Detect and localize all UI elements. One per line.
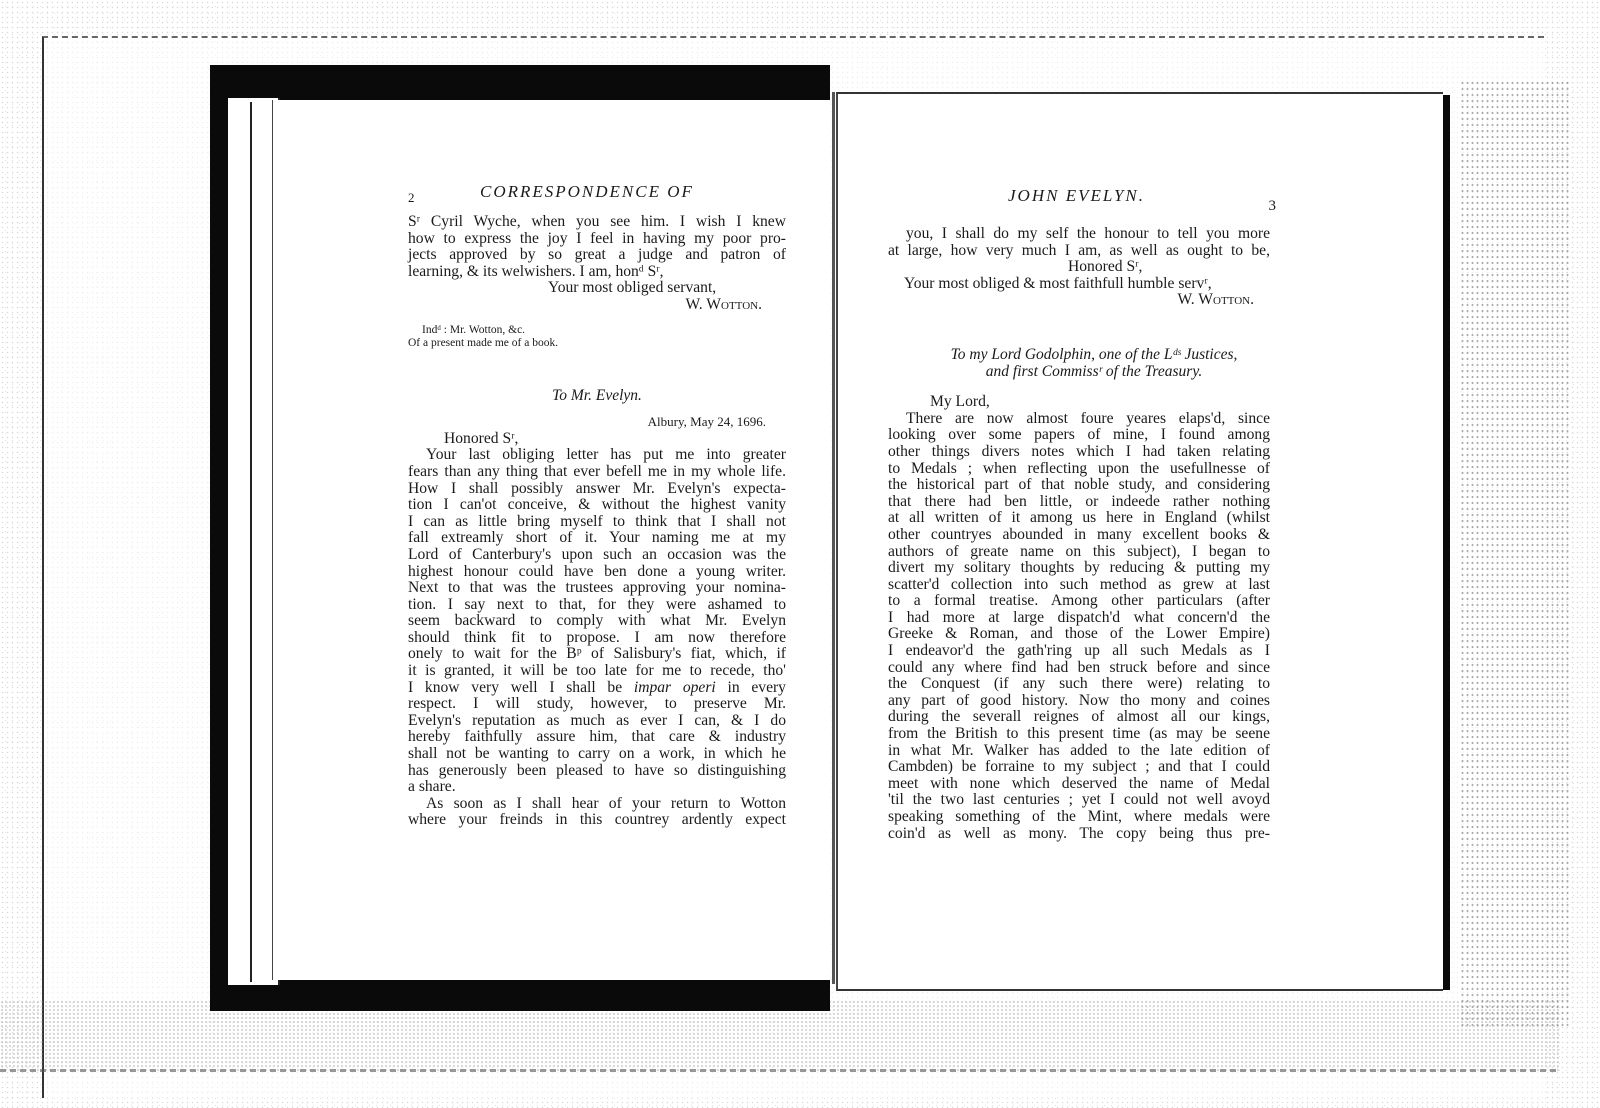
page-number-right: 3	[1269, 198, 1277, 215]
body-line: There are now almost foure yeares elaps'…	[888, 411, 1270, 428]
left-page-text: 2 CORRESPONDENCE OF Sʳ Cyril Wyche, when…	[408, 184, 786, 829]
body-line: Next to that was the trustees approving …	[408, 580, 786, 597]
body-line: other things divers notes which I had ta…	[888, 444, 1270, 461]
body-line: where your freinds in this countrey arde…	[408, 812, 786, 829]
body-line: onely to wait for the Bᵖ of Salisbury's …	[408, 646, 786, 663]
body-line: divert my solitary thoughts by reducing …	[888, 560, 1270, 577]
body-line: seem backward to comply with what Mr. Ev…	[408, 613, 786, 630]
body-line: the Conquest (if any such there were) re…	[888, 676, 1270, 693]
body-line: speaking something of the Mint, where me…	[888, 809, 1270, 826]
running-head-title: JOHN EVELYN.	[1008, 188, 1145, 205]
right-page-text: JOHN EVELYN. 3 you, I shall do my self t…	[888, 184, 1270, 842]
body-line: As soon as I shall hear of your return t…	[408, 796, 786, 813]
salutation: My Lord,	[888, 394, 1270, 411]
letter-heading-line: and first Commissʳ of the Treasury.	[888, 364, 1270, 381]
letter-heading-line: To my Lord Godolphin, one of the Lᵈˢ Jus…	[888, 347, 1270, 364]
endorsement-line: Indᵈ : Mr. Wotton, &c.	[408, 324, 786, 337]
running-head-title: CORRESPONDENCE OF	[480, 184, 694, 201]
body-line: shall not be wanting to carry on a work,…	[408, 746, 786, 763]
right-board-texture	[1460, 80, 1570, 1030]
dateline: Albury, May 24, 1696.	[408, 414, 786, 431]
body-line: Lord of Canterbury's upon such an occasi…	[408, 547, 786, 564]
body-line: authors of greate name on this subject),…	[888, 544, 1270, 561]
text-line: Sʳ Cyril Wyche, when you see him. I wish…	[408, 214, 786, 231]
body-line: hereby faithfully assure him, that care …	[408, 729, 786, 746]
body-line: coin'd as well as mony. The copy being t…	[888, 826, 1270, 843]
body-line: looking over some papers of mine, I foun…	[888, 427, 1270, 444]
body-line-with-italic: I know very well I shall be impar operi …	[408, 680, 786, 697]
text-line: at large, how very much I am, as well as…	[888, 243, 1270, 260]
endorsement-line: Of a present made me of a book.	[408, 337, 786, 350]
body-line: could any where find had ben struck befo…	[888, 660, 1270, 677]
body-line: other countryes abounded in many excelle…	[888, 527, 1270, 544]
page-number-left: 2	[408, 190, 415, 207]
body-line: that there had ben little, or indeede ra…	[888, 494, 1270, 511]
body-line: scatter'd collection into such method as…	[888, 577, 1270, 594]
text-line: how to express the joy I feel in having …	[408, 231, 786, 248]
body-line: How I shall possibly answer Mr. Evelyn's…	[408, 481, 786, 498]
body-line: during the severall reignes of almost al…	[888, 709, 1270, 726]
letter-heading: To Mr. Evelyn.	[408, 388, 786, 405]
left-running-head: 2 CORRESPONDENCE OF	[408, 184, 786, 214]
body-line: has generously been pleased to have so d…	[408, 763, 786, 780]
body-line: in what Mr. Walker has added to the late…	[888, 743, 1270, 760]
body-line: the historical part of that noble study,…	[888, 477, 1270, 494]
closing: Your most obliged servant,	[408, 280, 786, 297]
body-line: Cambden) be forraine to my subject ; and…	[888, 759, 1270, 776]
body-line: Your last obliging letter has put me int…	[408, 447, 786, 464]
body-line: I endeavor'd the gath'ring up all such M…	[888, 643, 1270, 660]
body-line: at all written of it among us here in En…	[888, 510, 1270, 527]
text-fragment: in every	[716, 679, 786, 696]
body-line: to a formal treatise. Among other partic…	[888, 593, 1270, 610]
body-line: tion I can'ot conceive, & without the hi…	[408, 497, 786, 514]
body-line: respect. I will study, however, to prese…	[408, 696, 786, 713]
body-line: Evelyn's reputation as much as ever I ca…	[408, 713, 786, 730]
body-line: to Medals ; when reflecting upon the use…	[888, 461, 1270, 478]
body-line: fears than any thing that ever befell me…	[408, 464, 786, 481]
text-fragment: I know very well I shall be	[408, 679, 634, 696]
salutation: Honored Sʳ,	[408, 431, 786, 448]
body-line: Greeke & Roman, and those of the Lower E…	[888, 626, 1270, 643]
body-line: from the British to this present time (a…	[888, 726, 1270, 743]
body-line: I had more at large dispatch'd what conc…	[888, 610, 1270, 627]
book-spine-gutter	[832, 92, 835, 984]
italic-phrase: impar operi	[634, 679, 716, 696]
signature: W. Wotton.	[888, 292, 1270, 309]
body-line: meet with none which deserved the name o…	[888, 776, 1270, 793]
body-line: highest honour could have ben done a you…	[408, 564, 786, 581]
body-line: fall extreamly short of it. Your naming …	[408, 530, 786, 547]
text-line: learning, & its welwishers. I am, honᵈ S…	[408, 264, 786, 281]
body-line: I can as little bring myself to think th…	[408, 514, 786, 531]
body-line: it is granted, it will be too late for m…	[408, 663, 786, 680]
signature: W. Wotton.	[408, 297, 786, 314]
address: Honored Sʳ,	[888, 259, 1270, 276]
body-line: should think fit to propose. I am now th…	[408, 630, 786, 647]
closing: Your most obliged & most faithfull humbl…	[888, 276, 1270, 293]
body-line: 'til the two last centuries ; yet I coul…	[888, 792, 1270, 809]
right-running-head: JOHN EVELYN. 3	[888, 184, 1270, 214]
text-line: you, I shall do my self the honour to te…	[888, 226, 1270, 243]
text-line: jects approved by so great a judge and p…	[408, 247, 786, 264]
body-line: tion. I say next to that, for they were …	[408, 597, 786, 614]
body-line: a share.	[408, 779, 786, 796]
body-line: any part of good history. Now tho mony a…	[888, 693, 1270, 710]
